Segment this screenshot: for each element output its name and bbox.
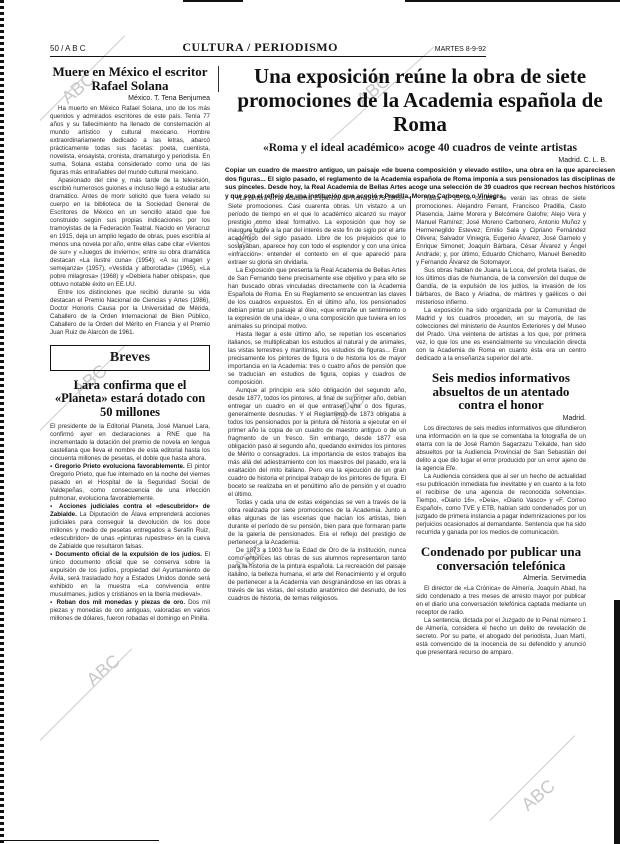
section-title: CULTURA / PERIODISMO: [182, 40, 338, 55]
article-body: El presidente de la Editorial Planeta, J…: [50, 423, 210, 623]
page-number: 50 / A B C: [50, 44, 86, 53]
brief-title: Gregorio Prieto evoluciona favorablement…: [55, 463, 185, 470]
watermark-line: [490, 735, 576, 821]
paragraph: Sus obras hablan de Juana la Loca, del p…: [416, 267, 586, 307]
column-rule: [218, 66, 219, 92]
paragraph: Ha muerto en México Rafael Solana, uno d…: [50, 105, 210, 177]
paragraph: El presidente de la Editorial Planeta, J…: [50, 423, 210, 463]
brief-item: ▪ Roban dos mil monedas y piezas de oro.…: [50, 599, 210, 623]
brief-item: ▪ Acciones judiciales contra el «descubr…: [50, 503, 210, 551]
paragraph: Hasta llegar a este último año, se repet…: [228, 331, 406, 387]
top-rule: [405, 0, 620, 2]
paragraph: Aunque al principio era sólo obligación …: [228, 387, 406, 499]
paragraph: Entre los distinciones que recibió duran…: [50, 289, 210, 337]
right-column: Hasta el 15 de octubre se verán las obra…: [416, 195, 586, 657]
watermark-abc: ABC: [83, 651, 125, 691]
paragraph: Los directores de seis medios informativ…: [416, 425, 586, 473]
breves-label: Breves: [110, 350, 150, 366]
page-header: 50 / A B C CULTURA / PERIODISMO MARTES 8…: [50, 40, 486, 57]
article-headline: Muere en México el escritor Rafael Solan…: [50, 65, 210, 92]
watermark-line: [40, 648, 133, 741]
watermark-abc: ABC: [518, 776, 560, 816]
main-article-column-1: «La pintura en la Academia Española de R…: [228, 195, 406, 603]
article-byline: México. T. Tena Benjumea: [50, 95, 210, 102]
main-article-head: Una exposición reúne la obra de siete pr…: [225, 64, 615, 201]
paragraph: De 1873 a 1903 fue la Edad de Oro de la …: [228, 547, 406, 603]
paragraph: Todas y cada una de estas exigencias se …: [228, 499, 406, 547]
paragraph: La exposición ha sido organizada por la …: [416, 307, 586, 363]
paragraph: «La pintura en la Academia Española de R…: [228, 195, 406, 267]
article-headline: Seis medios informativos absueltos de un…: [416, 371, 586, 412]
article-headline: Lara confirma que el «Planeta» estará do…: [50, 379, 210, 418]
top-rule: [183, 0, 243, 2]
bottom-rule: [4, 840, 159, 841]
brief-title: Documento oficial de la expulsión de los…: [55, 551, 202, 558]
article-body: El director de «La Crónica» de Almería, …: [416, 585, 586, 657]
main-article-column-2: Hasta el 15 de octubre se verán las obra…: [416, 195, 586, 363]
left-column: Muere en México el escritor Rafael Solan…: [50, 65, 210, 623]
article-body: Los directores de seis medios informativ…: [416, 425, 586, 537]
brief-title: Roban dos mil monedas y piezas de oro.: [56, 599, 185, 606]
article-byline: Madrid.: [416, 415, 586, 422]
article-body: Ha muerto en México Rafael Solana, uno d…: [50, 105, 210, 337]
paragraph: La Audiencia considera que al ser un hec…: [416, 473, 586, 537]
paragraph: El director de «La Crónica» de Almería, …: [416, 585, 586, 617]
main-deck: «Roma y el ideal académico» acoge 40 cua…: [225, 142, 615, 154]
brief-item: ▪ Gregorio Prieto evoluciona favorableme…: [50, 463, 210, 503]
main-byline: Madrid. C. L. B.: [225, 157, 607, 164]
article-headline: Condenado por publicar una conversación …: [416, 545, 586, 572]
paragraph: La Exposición que presenta la Real Acade…: [228, 267, 406, 331]
brief-text: El único documento oficial que se conser…: [50, 551, 210, 598]
scan-edge-right: [614, 600, 620, 844]
issue-date: MARTES 8-9-92: [435, 46, 486, 53]
paragraph: Apasionado del cine y, más tarde de la t…: [50, 177, 210, 289]
paragraph: La sentencia, dictada por el Juzgado de …: [416, 617, 586, 657]
main-headline: Una exposición reúne la obra de siete pr…: [225, 64, 615, 136]
column-rule: [410, 196, 411, 296]
paragraph: Hasta el 15 de octubre se verán las obra…: [416, 195, 586, 267]
article-byline: Almería. Servimedia: [416, 575, 586, 582]
scan-edge-left: [0, 0, 4, 844]
brief-item: ▪ Documento oficial de la expulsión de l…: [50, 551, 210, 599]
breves-box: Breves: [50, 345, 210, 371]
